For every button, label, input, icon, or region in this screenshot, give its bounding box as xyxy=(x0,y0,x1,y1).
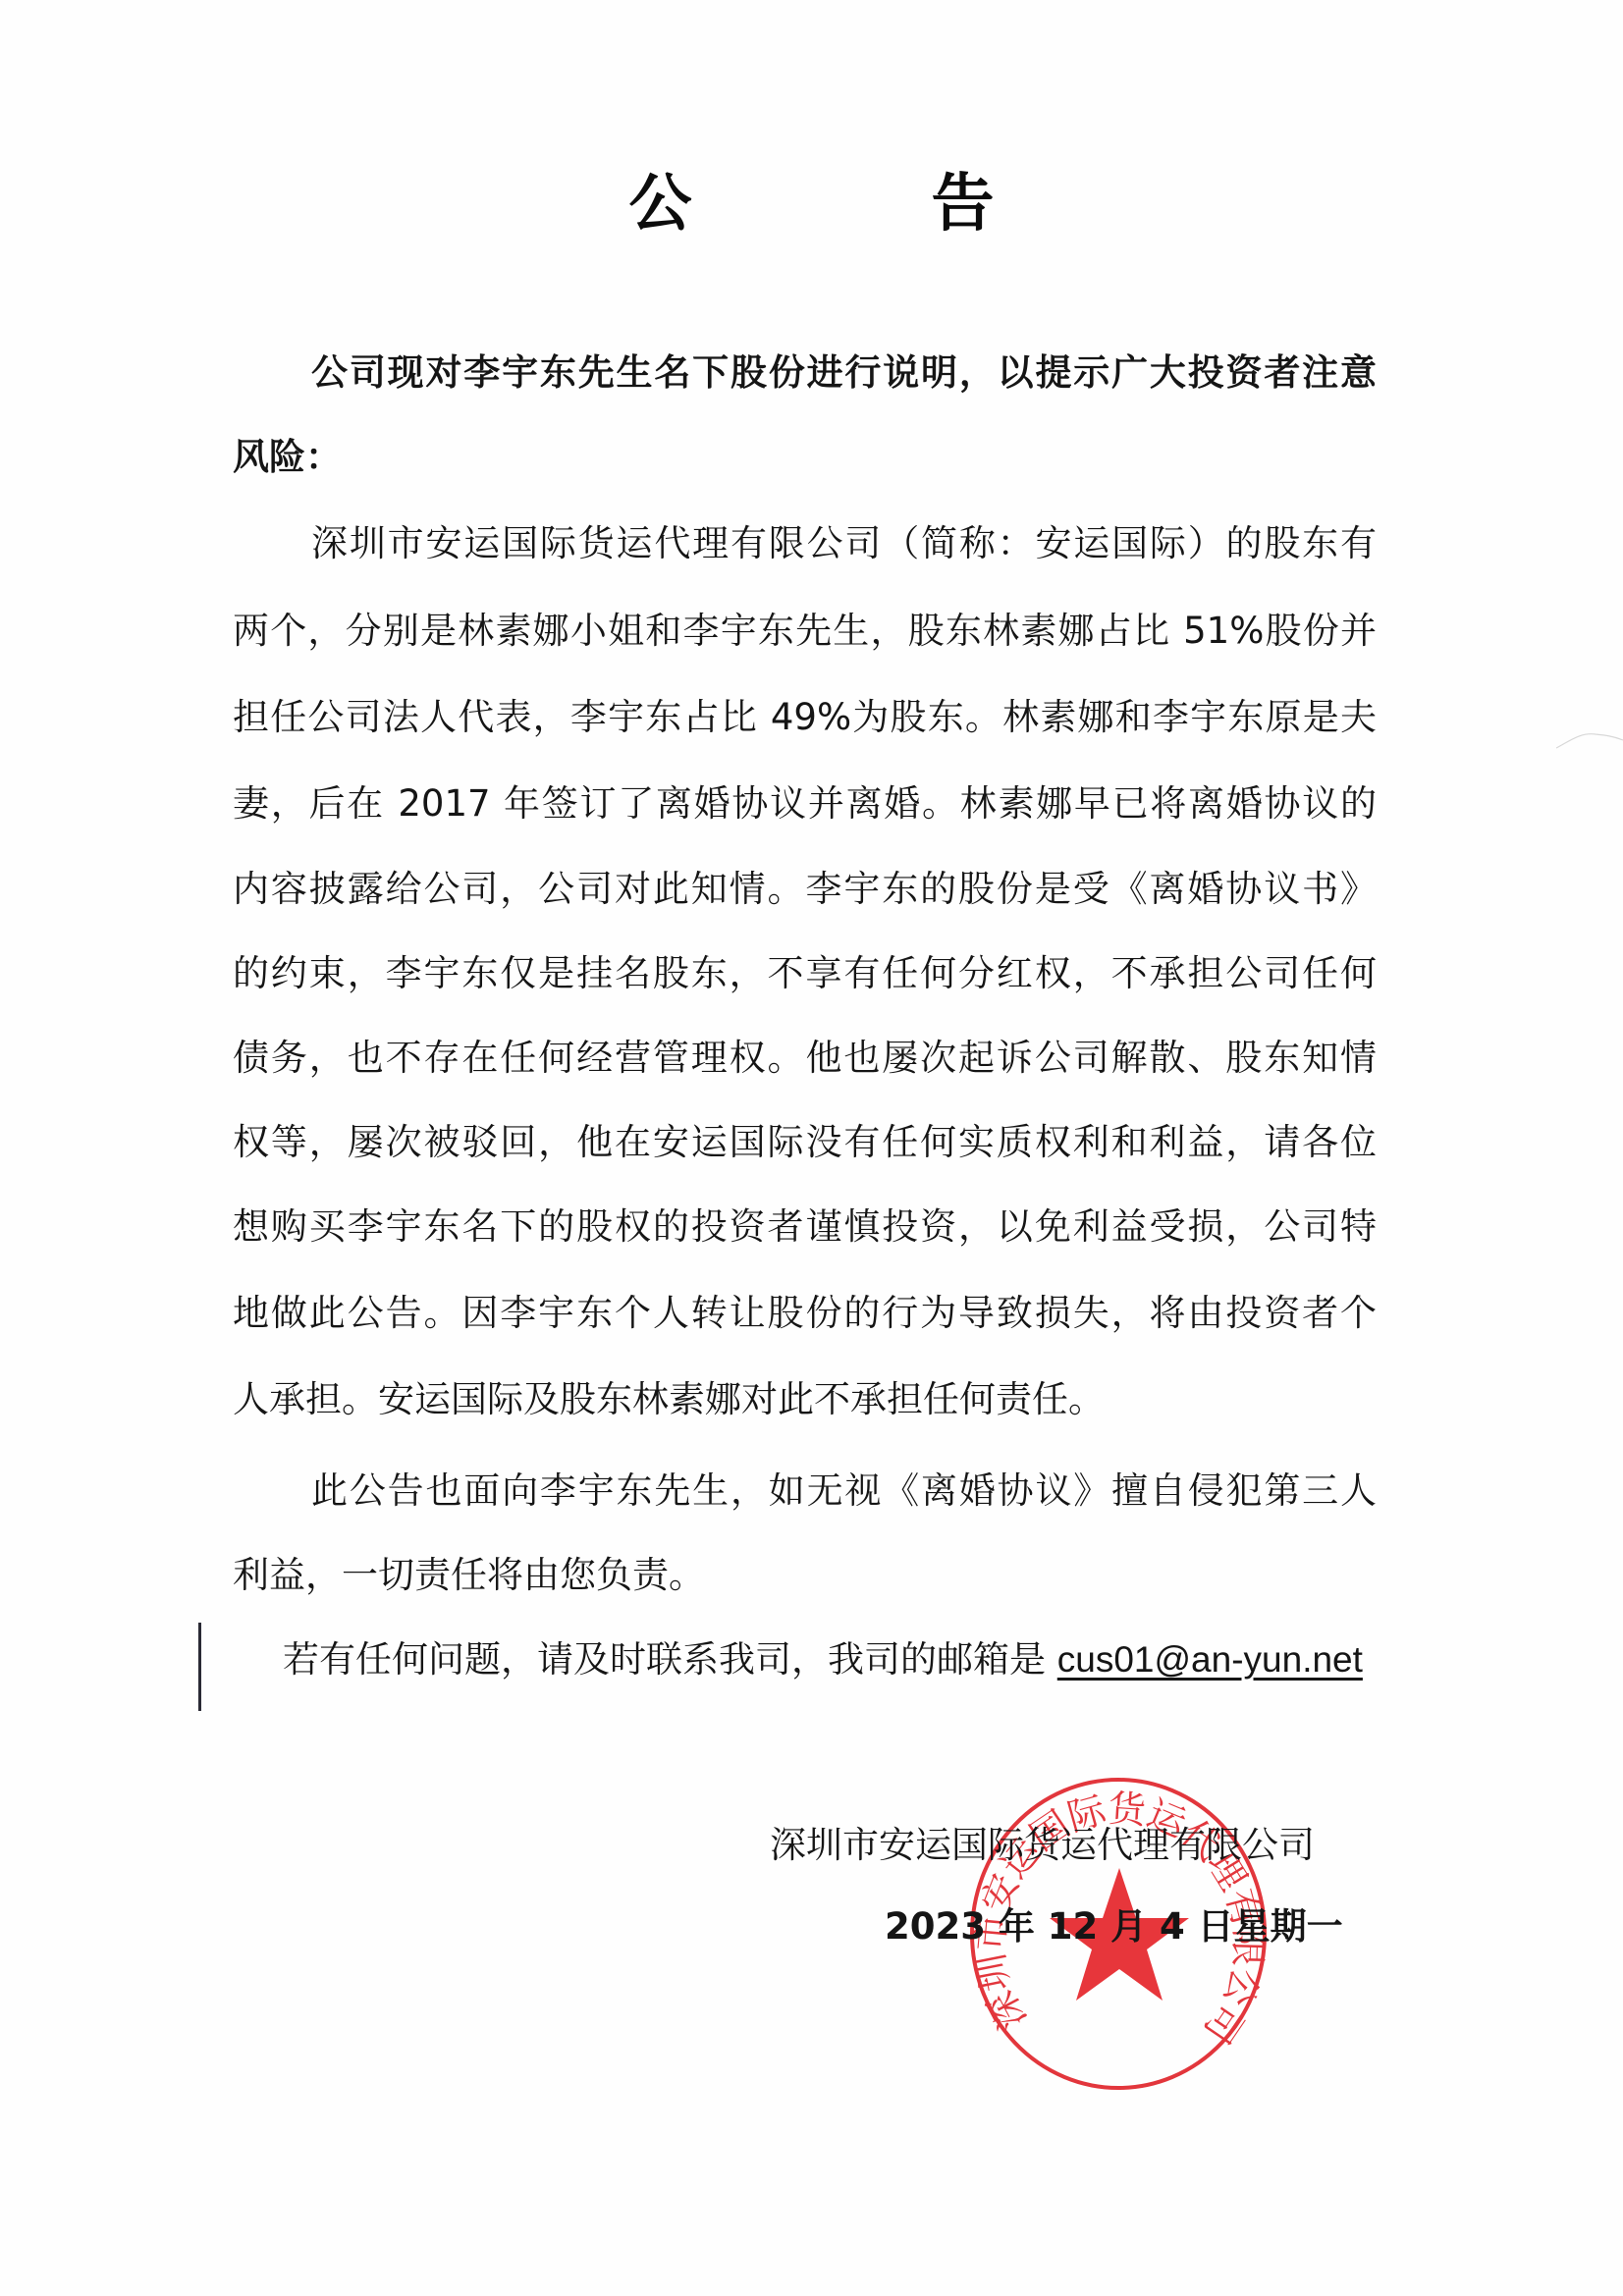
paragraph-1-line-2: 风险： xyxy=(233,434,1377,479)
paragraph-2-line-1: 深圳市安运国际货运代理有限公司（简称：安运国际）的股东有 xyxy=(311,521,1377,566)
page-title: 公 告 xyxy=(0,165,1623,243)
paragraph-2-line-3: 担任公司法人代表，李宇东占比 49%为股东。林素娜和李宇东原是夫 xyxy=(233,695,1377,740)
email-link[interactable]: cus01@an-yun.net xyxy=(1057,1639,1363,1680)
scan-margin-mark xyxy=(198,1623,201,1711)
paragraph-2-line-11: 人承担。安运国际及股东林素娜对此不承担任何责任。 xyxy=(233,1377,1377,1422)
signature-date: 2023 年 12 月 4 日星期一 xyxy=(885,1904,1343,1949)
paragraph-2-line-6: 的约束，李宇东仅是挂名股东，不享有任何分红权，不承担公司任何 xyxy=(233,951,1377,996)
paragraph-2-line-4: 妻，后在 2017 年签订了离婚协议并离婚。林素娜早已将离婚协议的 xyxy=(233,781,1377,827)
paragraph-3-line-2: 利益，一切责任将由您负责。 xyxy=(233,1553,1377,1598)
paragraph-2-line-10: 地做此公告。因李宇东个人转让股份的行为导致损失，将由投资者个 xyxy=(233,1291,1377,1336)
paragraph-2-line-9: 想购买李宇东名下的股权的投资者谨慎投资，以免利益受损，公司特 xyxy=(233,1204,1377,1250)
signature-company: 深圳市安运国际货运代理有限公司 xyxy=(770,1823,1315,1868)
paragraph-3-line-1: 此公告也面向李宇东先生，如无视《离婚协议》擅自侵犯第三人 xyxy=(311,1468,1377,1514)
paragraph-2-line-2: 两个，分别是林素娜小姐和李宇东先生，股东林素娜占比 51%股份并 xyxy=(233,609,1377,654)
scan-artifact xyxy=(1556,726,1623,756)
contact-text: 若有任何问题，请及时联系我司，我司的邮箱是 xyxy=(283,1638,1057,1681)
document-page: 公 告 公司现对李宇东先生名下股份进行说明，以提示广大投资者注意 风险： 深圳市… xyxy=(0,0,1623,2296)
paragraph-1-line-1: 公司现对李宇东先生名下股份进行说明，以提示广大投资者注意 xyxy=(311,349,1377,395)
paragraph-2-line-5: 内容披露给公司，公司对此知情。李宇东的股份是受《离婚协议书》 xyxy=(233,867,1377,912)
paragraph-4-line-1: 若有任何问题，请及时联系我司，我司的邮箱是 cus01@an-yun.net xyxy=(283,1637,1377,1682)
paragraph-2-line-8: 权等，屡次被驳回，他在安运国际没有任何实质权利和利益，请各位 xyxy=(233,1120,1377,1165)
paragraph-2-line-7: 债务，也不存在任何经营管理权。他也屡次起诉公司解散、股东知情 xyxy=(233,1036,1377,1081)
